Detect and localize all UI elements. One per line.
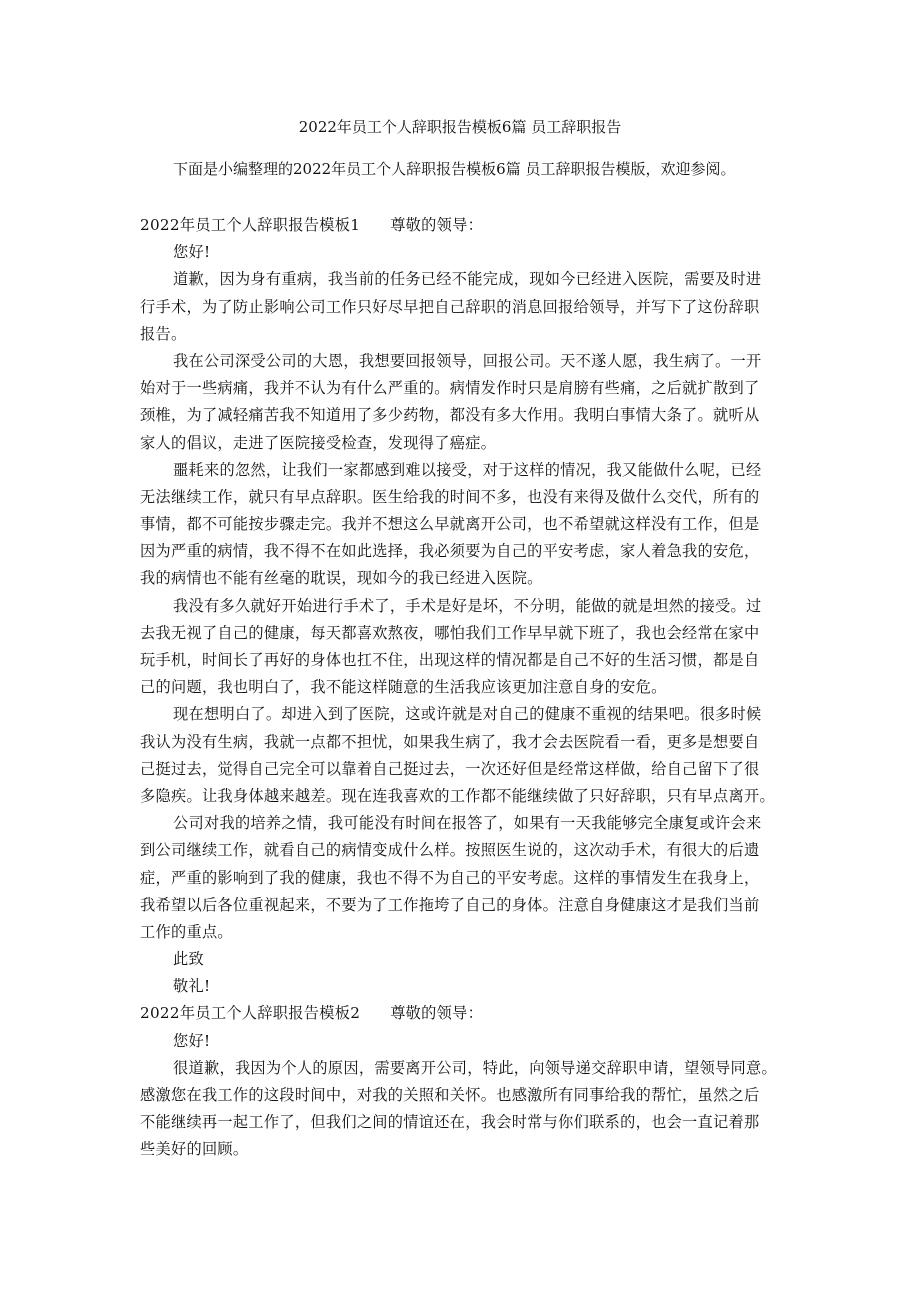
paragraph: 道歉，因为身有重病，我当前的任务已经不能完成，现如今已经进入医院，需要及时进 行… — [140, 266, 790, 348]
paragraph-line: 行手术，为了防止影响公司工作只好尽早把自己辞职的消息回报给领导，并写下了这份辞职 — [140, 294, 790, 321]
greeting: 您好! — [140, 239, 790, 266]
paragraph-line: 我没有多久就好开始进行手术了，手术是好是坏，不分明，能做的就是坦然的接受。过 — [140, 593, 790, 620]
paragraph-line: 因为严重的病情，我不得不在如此选择，我必须要为自己的平安考虑，家人着急我的安危， — [140, 538, 790, 565]
document-body: 2022年员工个人辞职报告模板1尊敬的领导： 您好! 道歉，因为身有重病，我当前… — [140, 212, 790, 1164]
paragraph: 很道歉，我因为个人的原因，需要离开公司，特此，向领导递交辞职申请，望领导同意。 … — [140, 1055, 790, 1164]
paragraph-line: 道歉，因为身有重病，我当前的任务已经不能完成，现如今已经进入医院，需要及时进 — [140, 266, 790, 293]
paragraph-line: 感激您在我工作的这段时间中，对我的关照和关怀。也感激所有同事给我的帮忙，虽然之后 — [140, 1082, 790, 1109]
paragraph-line: 现在想明白了。却进入到了医院，这或许就是对自己的健康不重视的结果吧。很多时候 — [140, 701, 790, 728]
paragraph-line: 到公司继续工作，就看自己的病情变成什么样。按照医生说的，这次动手术，有很大的后遗 — [140, 837, 790, 864]
paragraph-line: 颈椎，为了减轻痛苦我不知道用了多少药物，都没有多大作用。我明白事情大条了。就听从 — [140, 402, 790, 429]
paragraph-line: 很道歉，我因为个人的原因，需要离开公司，特此，向领导递交辞职申请，望领导同意。 — [140, 1055, 790, 1082]
paragraph-line: 公司对我的培养之情，我可能没有时间在报答了，如果有一天我能够完全康复或许会来 — [140, 810, 790, 837]
paragraph-line: 己的问题，我也明白了，我不能这样随意的生活我应该更加注意自身的安危。 — [140, 674, 790, 701]
paragraph-line: 己挺过去，觉得自己完全可以靠着自己挺过去，一次还好但是经常这样做，给自己留下了很 — [140, 756, 790, 783]
paragraph: 我在公司深受公司的大恩，我想要回报领导，回报公司。天不遂人愿，我生病了。一开 始… — [140, 348, 790, 457]
paragraph: 我没有多久就好开始进行手术了，手术是好是坏，不分明，能做的就是坦然的接受。过 去… — [140, 593, 790, 702]
paragraph-line: 事情，都不可能按步骤走完。我并不想这么早就离开公司，也不希望就这样没有工作，但是 — [140, 511, 790, 538]
paragraph-line: 我认为没有生病，我就一点都不担忧，如果我生病了，我才会去医院看一看，更多是想要自 — [140, 729, 790, 756]
paragraph-line: 家人的倡议，走进了医院接受检查，发现得了癌症。 — [140, 430, 790, 457]
paragraph: 公司对我的培养之情，我可能没有时间在报答了，如果有一天我能够完全康复或许会来 到… — [140, 810, 790, 946]
closing-regards: 敬礼! — [140, 973, 790, 1000]
document-intro: 下面是小编整理的2022年员工个人辞职报告模板6篇 员工辞职报告模版，欢迎参阅。 — [173, 158, 736, 180]
paragraph-line: 始对于一些病痛，我并不认为有什么严重的。病情发作时只是肩膀有些痛，之后就扩散到了 — [140, 375, 790, 402]
paragraph-line: 我的病情也不能有丝毫的耽误，现如今的我已经进入医院。 — [140, 565, 790, 592]
document-title: 2022年员工个人辞职报告模板6篇 员工辞职报告 — [140, 116, 780, 138]
section-heading: 2022年员工个人辞职报告模板2尊敬的领导： — [140, 1000, 790, 1027]
paragraph-line: 无法继续工作，就只有早点辞职。医生给我的时间不多，也没有来得及做什么交代，所有的 — [140, 484, 790, 511]
greeting: 您好! — [140, 1028, 790, 1055]
paragraph: 现在想明白了。却进入到了医院，这或许就是对自己的健康不重视的结果吧。很多时候 我… — [140, 701, 790, 810]
paragraph-line: 去我无视了自己的健康，每天都喜欢熬夜，哪怕我们工作早早就下班了，我也会经常在家中 — [140, 620, 790, 647]
paragraph-line: 我在公司深受公司的大恩，我想要回报领导，回报公司。天不遂人愿，我生病了。一开 — [140, 348, 790, 375]
salutation: 尊敬的领导： — [390, 1000, 483, 1027]
section-title: 2022年员工个人辞职报告模板2 — [140, 1000, 360, 1027]
paragraph-line: 我希望以后各位重视起来，不要为了工作拖垮了自己的身体。注意自身健康这才是我们当前 — [140, 892, 790, 919]
paragraph-line: 报告。 — [140, 321, 790, 348]
closing-line: 此致 — [140, 946, 790, 973]
paragraph-line: 不能继续再一起工作了，但我们之间的情谊还在，我会时常与你们联系的，也会一直记着那 — [140, 1109, 790, 1136]
paragraph-line: 多隐疾。让我身体越来越差。现在连我喜欢的工作都不能继续做了只好辞职，只有早点离开… — [140, 783, 790, 810]
paragraph: 噩耗来的忽然，让我们一家都感到难以接受，对于这样的情况，我又能做什么呢，已经 无… — [140, 457, 790, 593]
paragraph-line: 工作的重点。 — [140, 919, 790, 946]
paragraph-line: 些美好的回顾。 — [140, 1136, 790, 1163]
salutation: 尊敬的领导： — [390, 212, 483, 239]
paragraph-line: 症，严重的影响到了我的健康，我也不得不为自己的平安考虑。这样的事情发生在我身上， — [140, 865, 790, 892]
paragraph-line: 噩耗来的忽然，让我们一家都感到难以接受，对于这样的情况，我又能做什么呢，已经 — [140, 457, 790, 484]
section-title: 2022年员工个人辞职报告模板1 — [140, 212, 360, 239]
paragraph-line: 玩手机，时间长了再好的身体也扛不住，出现这样的情况都是自己不好的生活习惯，都是自 — [140, 647, 790, 674]
section-heading: 2022年员工个人辞职报告模板1尊敬的领导： — [140, 212, 790, 239]
